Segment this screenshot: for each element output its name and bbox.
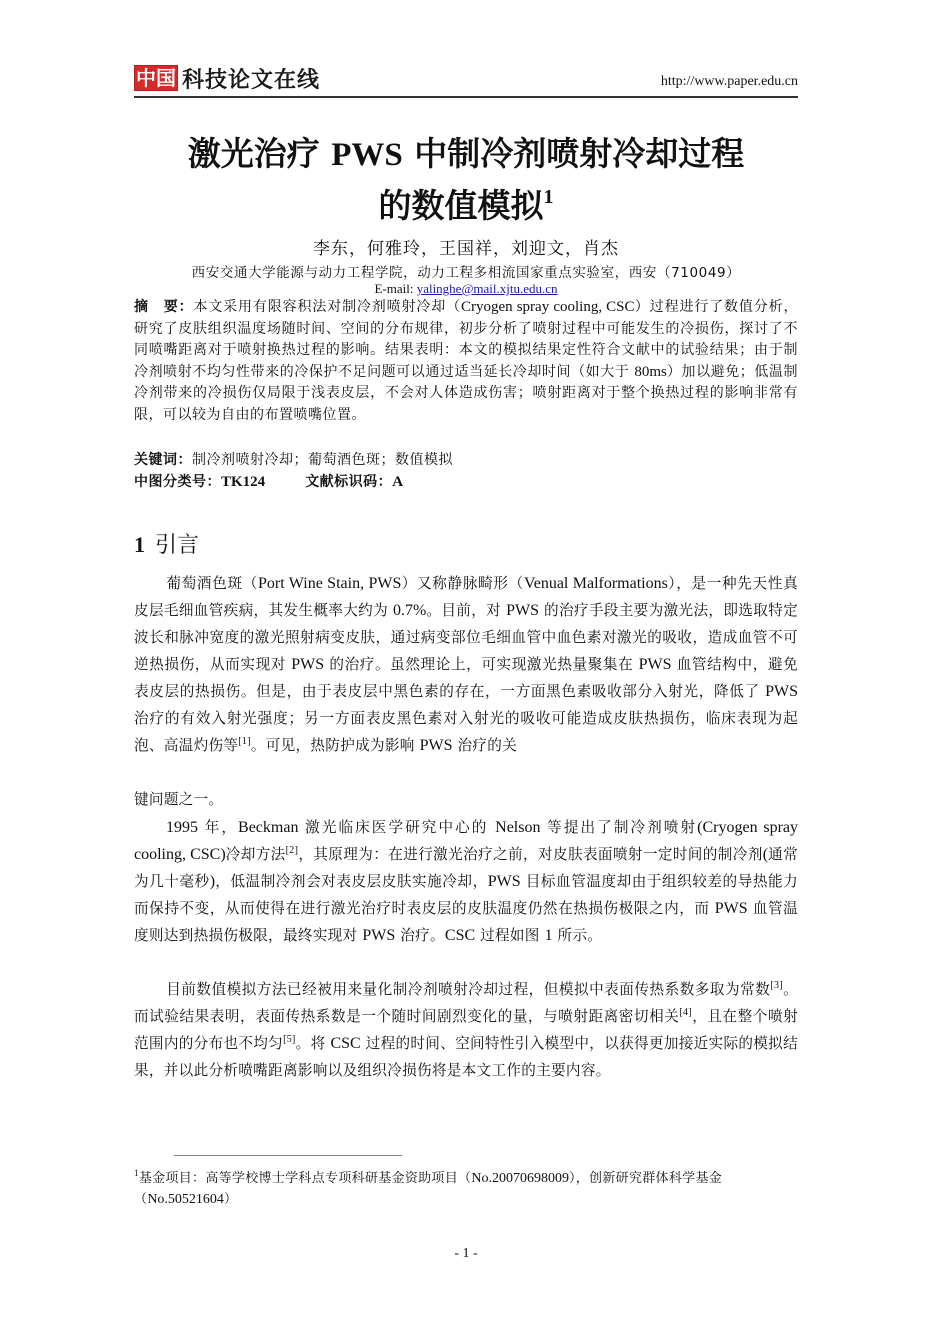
abstract-text: 本文采用有限容积法对制冷剂喷射冷却（ (193, 299, 461, 315)
abstract-label: 摘 要： (134, 299, 193, 315)
text: PWS (639, 656, 672, 673)
text: CSC (330, 1035, 360, 1052)
page-header: 中国 科技论文在线 http://www.paper.edu.cn (134, 64, 798, 94)
keywords-label: 关键词： (134, 452, 192, 468)
abstract: 摘 要：本文采用有限容积法对制冷剂喷射冷却（Cryogen spray cool… (134, 297, 798, 426)
abstract-text: Cryogen spray cooling, CSC (461, 299, 635, 315)
title-text: 的数值模拟 (379, 186, 544, 225)
logo-black-text: 科技论文在线 (182, 63, 320, 94)
text: 等提出了制冷剂喷射 (540, 819, 697, 836)
title-text: 激光治疗 (188, 134, 332, 173)
text: ，其原理为：在进行激光治疗之前，对皮肤表面喷射一定时间的制冷剂 (298, 846, 762, 863)
text: PWS (291, 656, 324, 673)
title-footnote-mark[interactable]: 1 (544, 186, 554, 208)
section-number: 1 (134, 532, 145, 557)
page-number: - 1 - (134, 1246, 798, 1262)
text: 目前数值模拟方法已经被用来量化制冷剂喷射冷却过程，但模拟中表面传热系数多取为常数 (166, 981, 770, 998)
paragraph-1-continued: 键问题之一。 (134, 786, 798, 813)
text: CSC (445, 927, 475, 944)
text: PWS (362, 927, 395, 944)
citation-5[interactable]: [5] (283, 1034, 296, 1045)
text: PWS (715, 900, 748, 917)
paper-title-line-2: 的数值模拟1 (134, 180, 798, 227)
text: 基金项目：高等学校博士学科点专项科研基金资助项目（ (139, 1171, 472, 1186)
figure-reference[interactable]: 1 (545, 927, 553, 944)
email-label: E-mail: (374, 281, 416, 296)
text: 0.7% (393, 602, 426, 619)
clc-value: TK124 (221, 474, 265, 490)
abstract-text: 80ms (634, 364, 667, 380)
email-line: E-mail: yalinghe@mail.xjtu.edu.cn (134, 281, 798, 297)
text: ）又称静脉畸形（ (401, 575, 524, 592)
footnote: 1基金项目：高等学校博士学科点专项科研基金资助项目（No.20070698009… (134, 1168, 798, 1210)
text: 。目前，对 (426, 602, 506, 619)
text: No.50521604 (147, 1192, 224, 1207)
paragraph-2: 1995 年，Beckman 激光临床医学研究中心的 Nelson 等提出了制冷… (134, 814, 798, 949)
text: 年， (198, 819, 238, 836)
keywords-text: 制冷剂喷射冷却；葡萄酒色斑；数值模拟 (192, 452, 453, 468)
text: 激光临床医学研究中心的 (298, 819, 495, 836)
section-heading-introduction: 1引言 (134, 528, 199, 559)
text: 所示。 (553, 927, 603, 944)
footnote-divider (174, 1155, 402, 1156)
text: PWS (765, 683, 798, 700)
text: ，低温制冷剂会对表皮层皮肤实施冷却， (215, 873, 488, 890)
section-title: 引言 (155, 533, 199, 558)
text: 过程如图 (475, 927, 544, 944)
text: 。将 (296, 1035, 331, 1052)
keywords: 关键词：制冷剂喷射冷却；葡萄酒色斑；数值模拟 (134, 450, 798, 472)
text: Nelson (495, 819, 540, 836)
text: 1995 (166, 819, 198, 836)
text: Beckman (238, 819, 298, 836)
citation-3[interactable]: [3] (770, 980, 783, 991)
doc-code-value: A (392, 474, 403, 490)
clc-label: 中图分类号： (134, 474, 221, 490)
header-divider (134, 96, 798, 98)
text: 治疗的关 (453, 737, 518, 754)
text: Port Wine Stain, PWS (258, 575, 401, 592)
text: PWS (506, 602, 539, 619)
text: PWS (420, 737, 453, 754)
text: 冷却方法 (226, 846, 286, 863)
site-url[interactable]: http://www.paper.edu.cn (661, 74, 798, 90)
text: 葡萄酒色斑（ (166, 575, 258, 592)
text: PWS (488, 873, 521, 890)
text: 的治疗。虽然理论上，可实现激光热量聚集在 (324, 656, 638, 673)
text: Venual Malformations (524, 575, 668, 592)
text: 。可见，热防护成为影响 (251, 737, 420, 754)
paper-title-line-1: 激光治疗 PWS 中制冷剂喷射冷却过程 (134, 128, 798, 175)
text: No.20070698009 (471, 1171, 569, 1186)
affiliation: 西安交通大学能源与动力工程学院，动力工程多相流国家重点实验室，西安（710049… (134, 261, 798, 281)
citation-4[interactable]: [4] (679, 1007, 692, 1018)
paragraph-1: 葡萄酒色斑（Port Wine Stain, PWS）又称静脉畸形（Venual… (134, 570, 798, 759)
authors: 李东，何雅玲，王国祥，刘迎文，肖杰 (134, 234, 798, 259)
email-link[interactable]: yalinghe@mail.xjtu.edu.cn (417, 281, 558, 296)
logo-red-text: 中国 (134, 65, 178, 91)
title-latin: PWS (331, 137, 403, 173)
paper-page: 中国 科技论文在线 http://www.paper.edu.cn 激光治疗 P… (0, 0, 950, 1344)
paragraph-3: 目前数值模拟方法已经被用来量化制冷剂喷射冷却过程，但模拟中表面传热系数多取为常数… (134, 976, 798, 1084)
site-logo[interactable]: 中国 科技论文在线 (134, 64, 320, 92)
text: 治疗。 (395, 927, 445, 944)
citation-2[interactable]: [2] (286, 845, 299, 856)
title-text: 中制冷剂喷射冷却过程 (403, 134, 745, 173)
text: ） (224, 1192, 237, 1207)
doc-code-label: 文献标识码： (305, 474, 392, 490)
classification: 中图分类号：TK124文献标识码：A (134, 472, 798, 494)
citation-1[interactable]: [1] (238, 736, 251, 747)
